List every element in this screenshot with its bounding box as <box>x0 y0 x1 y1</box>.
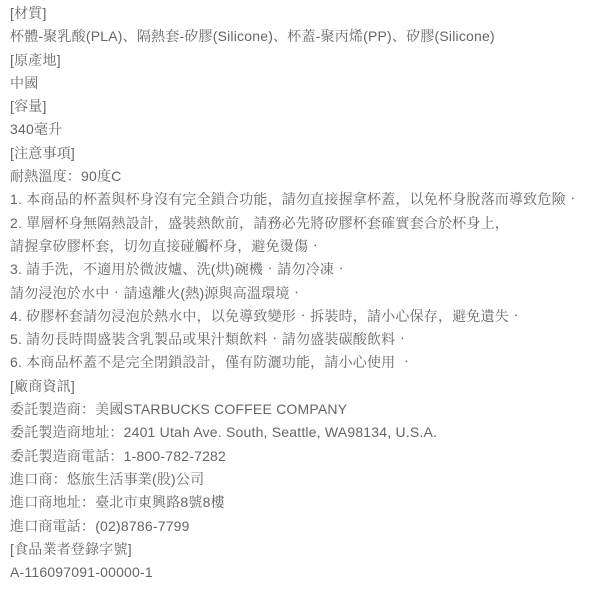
section-heading: [注意事項] <box>10 142 592 165</box>
info-line: 3. 請手洗，不適用於微波爐、洗(烘)碗機‧請勿冷凍‧ <box>10 258 592 281</box>
product-description: [材質]杯體-聚乳酸(PLA)、隔熱套-矽膠(Silicone)、杯蓋-聚丙烯(… <box>0 0 600 584</box>
info-line: 4. 矽膠杯套請勿浸泡於熱水中，以免導致變形‧拆裝時，請小心保存，避免遺失‧ <box>10 305 592 328</box>
section-heading: [食品業者登錄字號] <box>10 538 592 561</box>
info-line: 6. 本商品杯蓋不是完全閉鎖設計，僅有防灑功能，請小心使用 ‧ <box>10 351 592 374</box>
info-line: 進口商電話：(02)8786-7799 <box>10 515 592 538</box>
info-line: 委託製造商地址：2401 Utah Ave. South, Seattle, W… <box>10 421 592 444</box>
info-line: 進口商地址：臺北市東興路8號8樓 <box>10 491 592 514</box>
info-line: A-116097091-00000-1 <box>10 561 592 584</box>
info-line: 委託製造商電話：1-800-782-7282 <box>10 445 592 468</box>
info-line: 請握拿矽膠杯套，切勿直接碰觸杯身，避免燙傷‧ <box>10 235 592 258</box>
info-line: 進口商：悠旅生活事業(股)公司 <box>10 468 592 491</box>
info-line: 340毫升 <box>10 118 592 141</box>
info-line: 委託製造商：美國STARBUCKS COFFEE COMPANY <box>10 398 592 421</box>
info-line: 耐熱溫度：90度C <box>10 165 592 188</box>
section-heading: [廠商資訊] <box>10 375 592 398</box>
info-line: 杯體-聚乳酸(PLA)、隔熱套-矽膠(Silicone)、杯蓋-聚丙烯(PP)、… <box>10 25 592 48</box>
info-line: 2. 單層杯身無隔熱設計，盛裝熱飲前，請務必先將矽膠杯套確實套合於杯身上， <box>10 212 592 235</box>
info-line: 請勿浸泡於水中‧請遠離火(熱)源與高溫環境‧ <box>10 282 592 305</box>
section-heading: [材質] <box>10 2 592 25</box>
info-line: 中國 <box>10 72 592 95</box>
section-heading: [原產地] <box>10 49 592 72</box>
section-heading: [容量] <box>10 95 592 118</box>
info-line: 5. 請勿長時間盛裝含乳製品或果汁類飲料‧請勿盛裝碳酸飲料‧ <box>10 328 592 351</box>
info-line: 1. 本商品的杯蓋與杯身沒有完全鎖合功能，請勿直接握拿杯蓋，以免杯身脫落而導致危… <box>10 188 592 211</box>
